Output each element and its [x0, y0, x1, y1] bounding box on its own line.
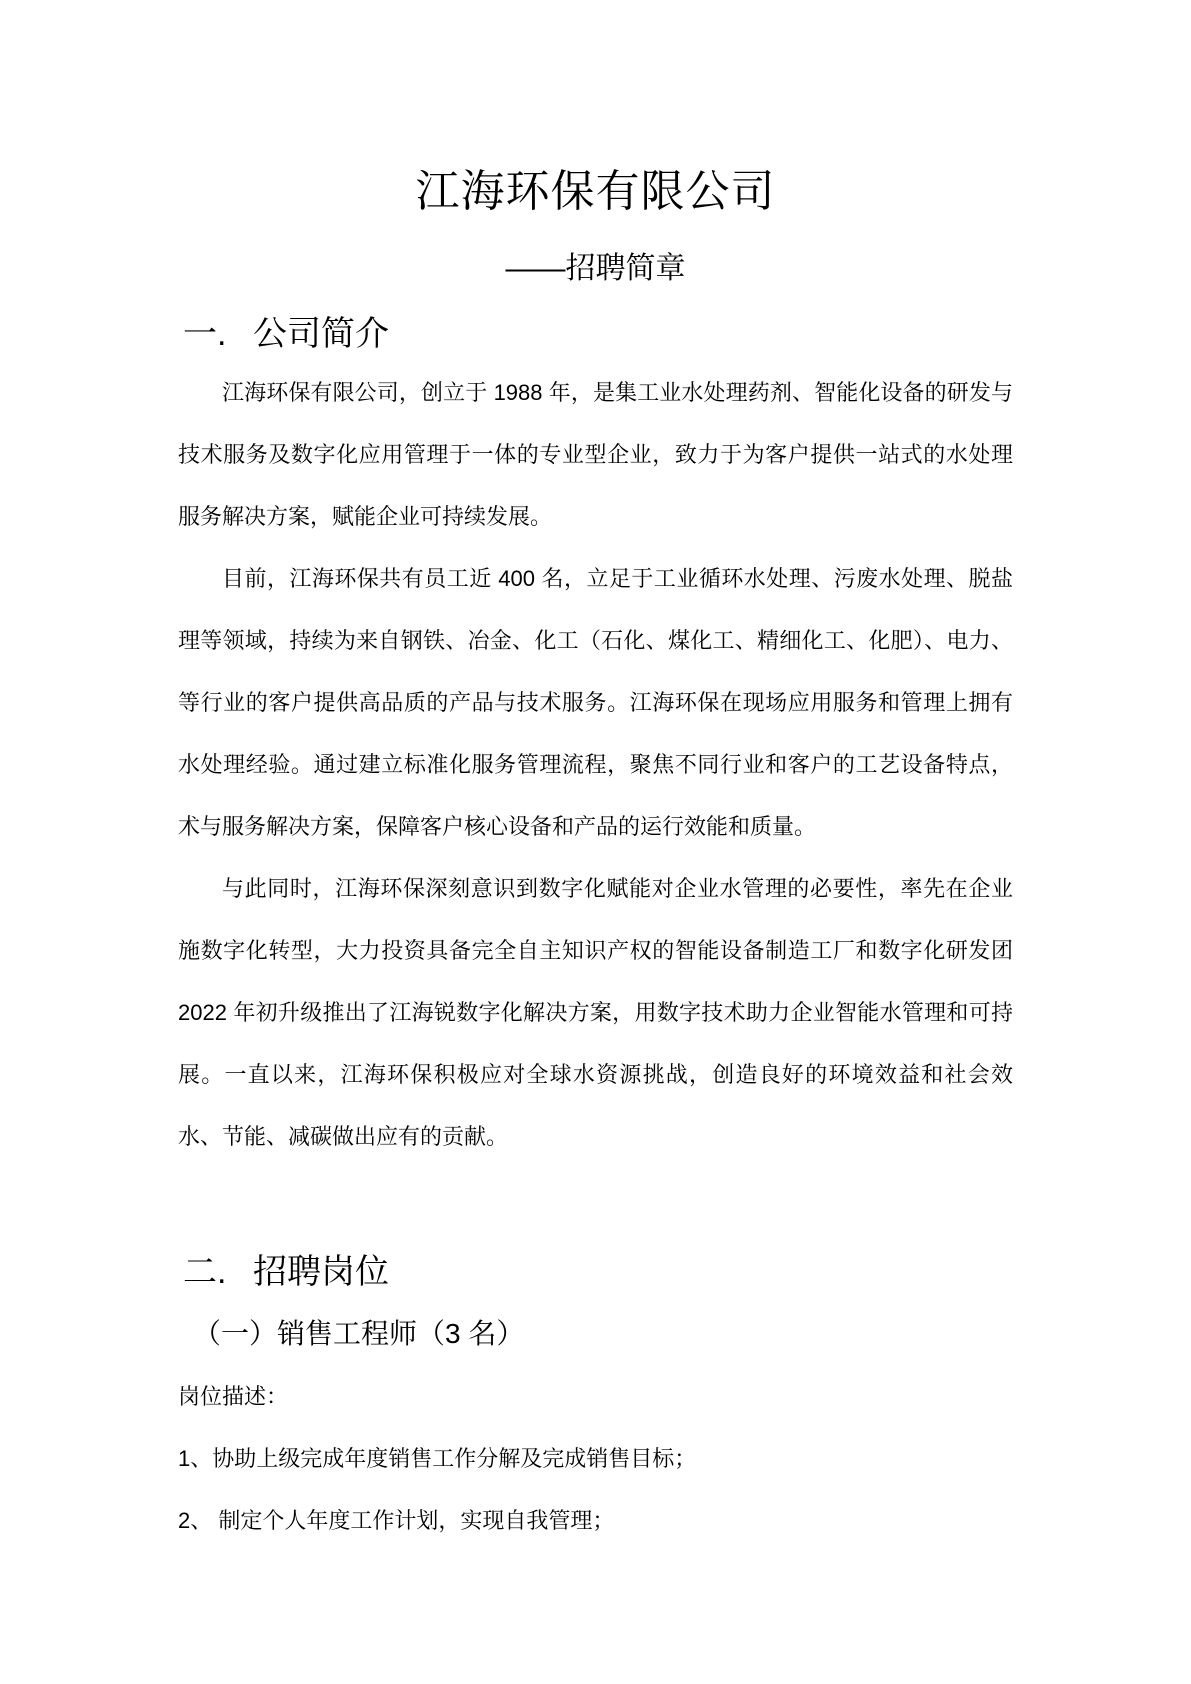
paragraph-company-intro-2: 目前，江海环保共有员工近 400 名，立足于工业循环水处理、污废水处理、脱盐水处… [178, 548, 1013, 858]
paragraph-company-intro-1: 江海环保有限公司，创立于 1988 年，是集工业水处理药剂、智能化设备的研发与生… [178, 362, 1013, 548]
text-line: 理等领域，持续为来自钢铁、冶金、化工（石化、煤化工、精细化工、化肥）、电力、水泥 [178, 610, 1013, 672]
section-number: 一. [183, 312, 253, 356]
text-line: 与此同时，江海环保深刻意识到数字化赋能对企业水管理的必要性，率先在企业内部实 [178, 858, 1013, 920]
paragraph-company-intro-3: 与此同时，江海环保深刻意识到数字化赋能对企业水管理的必要性，率先在企业内部实 施… [178, 858, 1013, 1168]
text-line: 水、节能、减碳做出应有的贡献。 [178, 1106, 1013, 1168]
text-line: 等行业的客户提供高品质的产品与技术服务。江海环保在现场应用服务和管理上拥有丰富的 [178, 672, 1013, 734]
text-line: 服务解决方案，赋能企业可持续发展。 [178, 486, 1013, 548]
text-line: 2022 年初升级推出了江海锐数字化解决方案，用数字技术助力企业智能水管理和可持… [178, 982, 1013, 1044]
job-description-label: 岗位描述： [178, 1366, 1013, 1428]
text-line: 技术服务及数字化应用管理于一体的专业型企业，致力于为客户提供一站式的水处理技术与 [178, 424, 1013, 486]
section-heading-company-intro: 一.公司简介 [178, 312, 1013, 356]
text-line: 施数字化转型，大力投资具备完全自主知识产权的智能设备制造工厂和数字化研发团队，于 [178, 920, 1013, 982]
section-title: 公司简介 [253, 315, 389, 353]
section-number: 二. [183, 1250, 253, 1294]
document-subtitle: ——招聘简章 [178, 249, 1013, 289]
text-line: 水处理经验。通过建立标准化服务管理流程，聚焦不同行业和客户的工艺设备特点，提供技 [178, 734, 1013, 796]
text-line: 展。一直以来，江海环保积极应对全球水资源挑战，创造良好的环境效益和社会效益，为节 [178, 1044, 1013, 1106]
document-page: 江海环保有限公司 ——招聘简章 一.公司简介 江海环保有限公司，创立于 1988… [0, 0, 1191, 1684]
job-description-item-2: 2、 制定个人年度工作计划，实现自我管理； [178, 1490, 1013, 1552]
text-line: 江海环保有限公司，创立于 1988 年，是集工业水处理药剂、智能化设备的研发与生… [178, 362, 1013, 424]
section-title: 招聘岗位 [253, 1253, 389, 1291]
document-content: 江海环保有限公司 ——招聘简章 一.公司简介 江海环保有限公司，创立于 1988… [178, 163, 1013, 1552]
document-title: 江海环保有限公司 [178, 163, 1013, 221]
text-line: 术与服务解决方案，保障客户核心设备和产品的运行效能和质量。 [178, 796, 1013, 858]
text-line: 目前，江海环保共有员工近 400 名，立足于工业循环水处理、污废水处理、脱盐水处 [178, 548, 1013, 610]
section-heading-positions: 二.招聘岗位 [178, 1250, 1013, 1294]
position-heading-sales-engineer: （一）销售工程师（3 名） [178, 1314, 1013, 1354]
job-description-item-1: 1、协助上级完成年度销售工作分解及完成销售目标； [178, 1428, 1013, 1490]
